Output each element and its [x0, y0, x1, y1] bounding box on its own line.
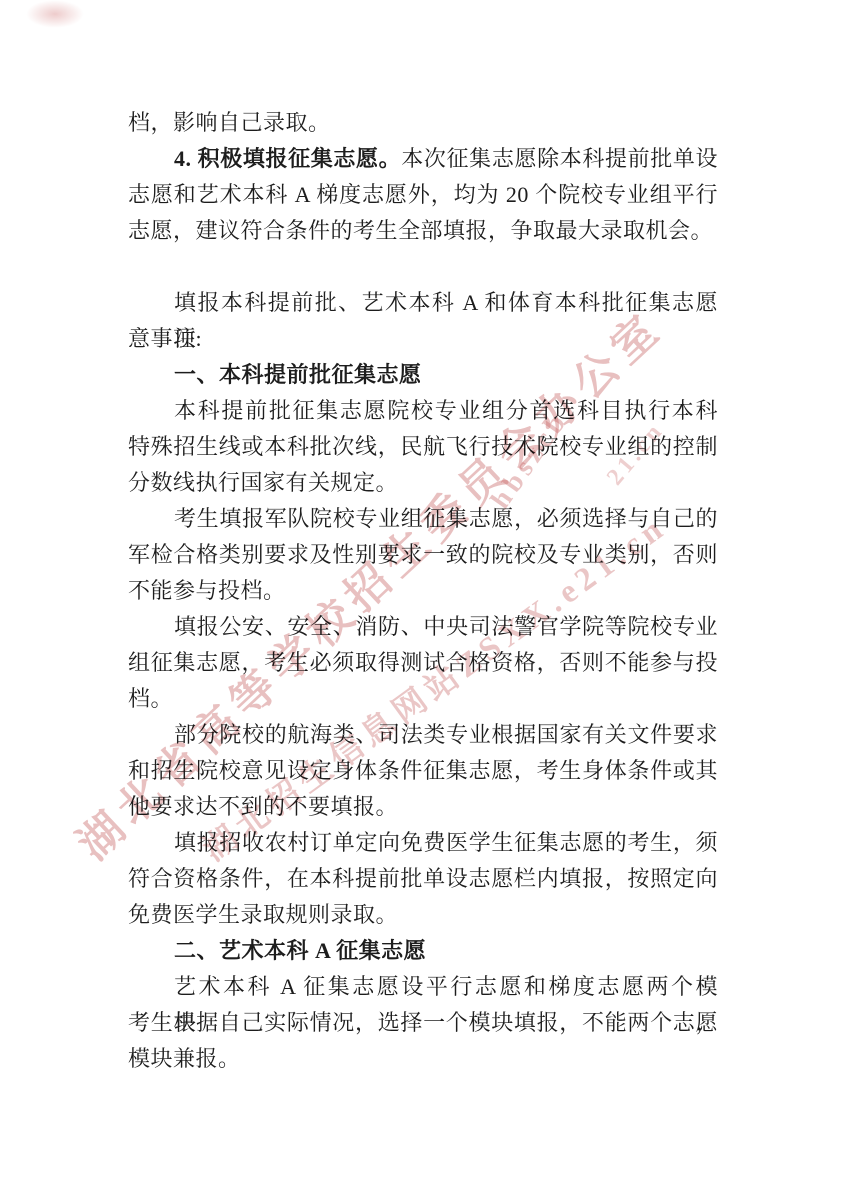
text-segment-bold: 二、艺术本科 A 征集志愿 — [174, 938, 426, 963]
text-segment: 志愿和艺术本科 A 梯度志愿外，均为 20 个院校专业组平行 — [128, 182, 718, 207]
text-line: 一、本科提前批征集志愿 — [128, 357, 718, 393]
text-segment-bold: 4. 积极填报征集志愿。 — [174, 146, 401, 171]
text-line: 填报本科提前批、艺术本科 A 和体育本科批征集志愿注 — [128, 285, 718, 321]
text-segment: 填报公安、安全、消防、中央司法警官学院等院校专业 — [174, 614, 718, 639]
text-line: 他要求达不到的不要填报。 — [128, 789, 718, 825]
text-line: 符合资格条件，在本科提前批单设志愿栏内填报，按照定向 — [128, 861, 718, 897]
document-text: 档，影响自己录取。4. 积极填报征集志愿。本次征集志愿除本科提前批单设志愿和艺术… — [128, 105, 718, 1077]
text-line: 组征集志愿，考生必须取得测试合格资格，否则不能参与投 — [128, 645, 718, 681]
text-line: 填报公安、安全、消防、中央司法警官学院等院校专业 — [128, 609, 718, 645]
text-line: 免费医学生录取规则录取。 — [128, 897, 718, 933]
text-segment: 考生填报军队院校专业组征集志愿，必须选择与自己的 — [174, 506, 718, 531]
document-page: 档，影响自己录取。4. 积极填报征集志愿。本次征集志愿除本科提前批单设志愿和艺术… — [0, 0, 849, 1200]
text-line: 考生填报军队院校专业组征集志愿，必须选择与自己的 — [128, 501, 718, 537]
text-segment: 分数线执行国家有关规定。 — [128, 470, 398, 495]
text-line: 4. 积极填报征集志愿。本次征集志愿除本科提前批单设 — [128, 141, 718, 177]
text-segment: 部分院校的航海类、司法类专业根据国家有关文件要求 — [174, 722, 718, 747]
text-line: 二、艺术本科 A 征集志愿 — [128, 933, 718, 969]
text-segment: 填报招收农村订单定向免费医学生征集志愿的考生，须 — [174, 830, 718, 855]
text-line: 不能参与投档。 — [128, 573, 718, 609]
text-line: 志愿和艺术本科 A 梯度志愿外，均为 20 个院校专业组平行 — [128, 177, 718, 213]
text-segment: 本科提前批征集志愿院校专业组分首选科目执行本科 — [174, 398, 718, 423]
text-line: 意事项: — [128, 321, 718, 357]
text-segment: 组征集志愿，考生必须取得测试合格资格，否则不能参与投 — [128, 650, 718, 675]
text-line: 填报招收农村订单定向免费医学生征集志愿的考生，须 — [128, 825, 718, 861]
text-line: 军检合格类别要求及性别要求一致的院校及专业类别，否则 — [128, 537, 718, 573]
text-line: 档。 — [128, 681, 718, 717]
text-line: 特殊招生线或本科批次线，民航飞行技术院校专业组的控制 — [128, 429, 718, 465]
text-line: 志愿，建议符合条件的考生全部填报，争取最大录取机会。 — [128, 213, 718, 249]
text-segment: 档。 — [128, 686, 173, 711]
text-segment-bold: 一、本科提前批征集志愿 — [174, 362, 422, 387]
text-segment: 意事项: — [128, 326, 202, 351]
text-segment: 符合资格条件，在本科提前批单设志愿栏内填报，按照定向 — [128, 866, 718, 891]
text-line: 和招生院校意见设定身体条件征集志愿，考生身体条件或其 — [128, 753, 718, 789]
blank-line — [128, 249, 718, 285]
text-segment: 模块兼报。 — [128, 1046, 241, 1071]
text-line: 本科提前批征集志愿院校专业组分首选科目执行本科 — [128, 393, 718, 429]
text-segment: 特殊招生线或本科批次线，民航飞行技术院校专业组的控制 — [128, 434, 718, 459]
text-line: 部分院校的航海类、司法类专业根据国家有关文件要求 — [128, 717, 718, 753]
text-line: 艺术本科 A 征集志愿设平行志愿和梯度志愿两个模块， — [128, 969, 718, 1005]
text-line: 考生根据自己实际情况，选择一个模块填报，不能两个志愿 — [128, 1005, 718, 1041]
text-segment: 免费医学生录取规则录取。 — [128, 902, 398, 927]
text-segment: 军检合格类别要求及性别要求一致的院校及专业类别，否则 — [128, 542, 718, 567]
scan-artifact — [26, 0, 84, 28]
text-segment: 他要求达不到的不要填报。 — [128, 794, 398, 819]
text-segment: 和招生院校意见设定身体条件征集志愿，考生身体条件或其 — [128, 758, 718, 783]
text-segment: 志愿，建议符合条件的考生全部填报，争取最大录取机会。 — [128, 218, 713, 243]
text-line: 模块兼报。 — [128, 1041, 718, 1077]
text-line: 档，影响自己录取。 — [128, 105, 718, 141]
text-segment: 档，影响自己录取。 — [128, 110, 331, 135]
text-segment: 考生根据自己实际情况，选择一个模块填报，不能两个志愿 — [128, 1010, 718, 1035]
text-segment: 不能参与投档。 — [128, 578, 286, 603]
text-segment: 本次征集志愿除本科提前批单设 — [401, 146, 718, 171]
text-line: 分数线执行国家有关规定。 — [128, 465, 718, 501]
